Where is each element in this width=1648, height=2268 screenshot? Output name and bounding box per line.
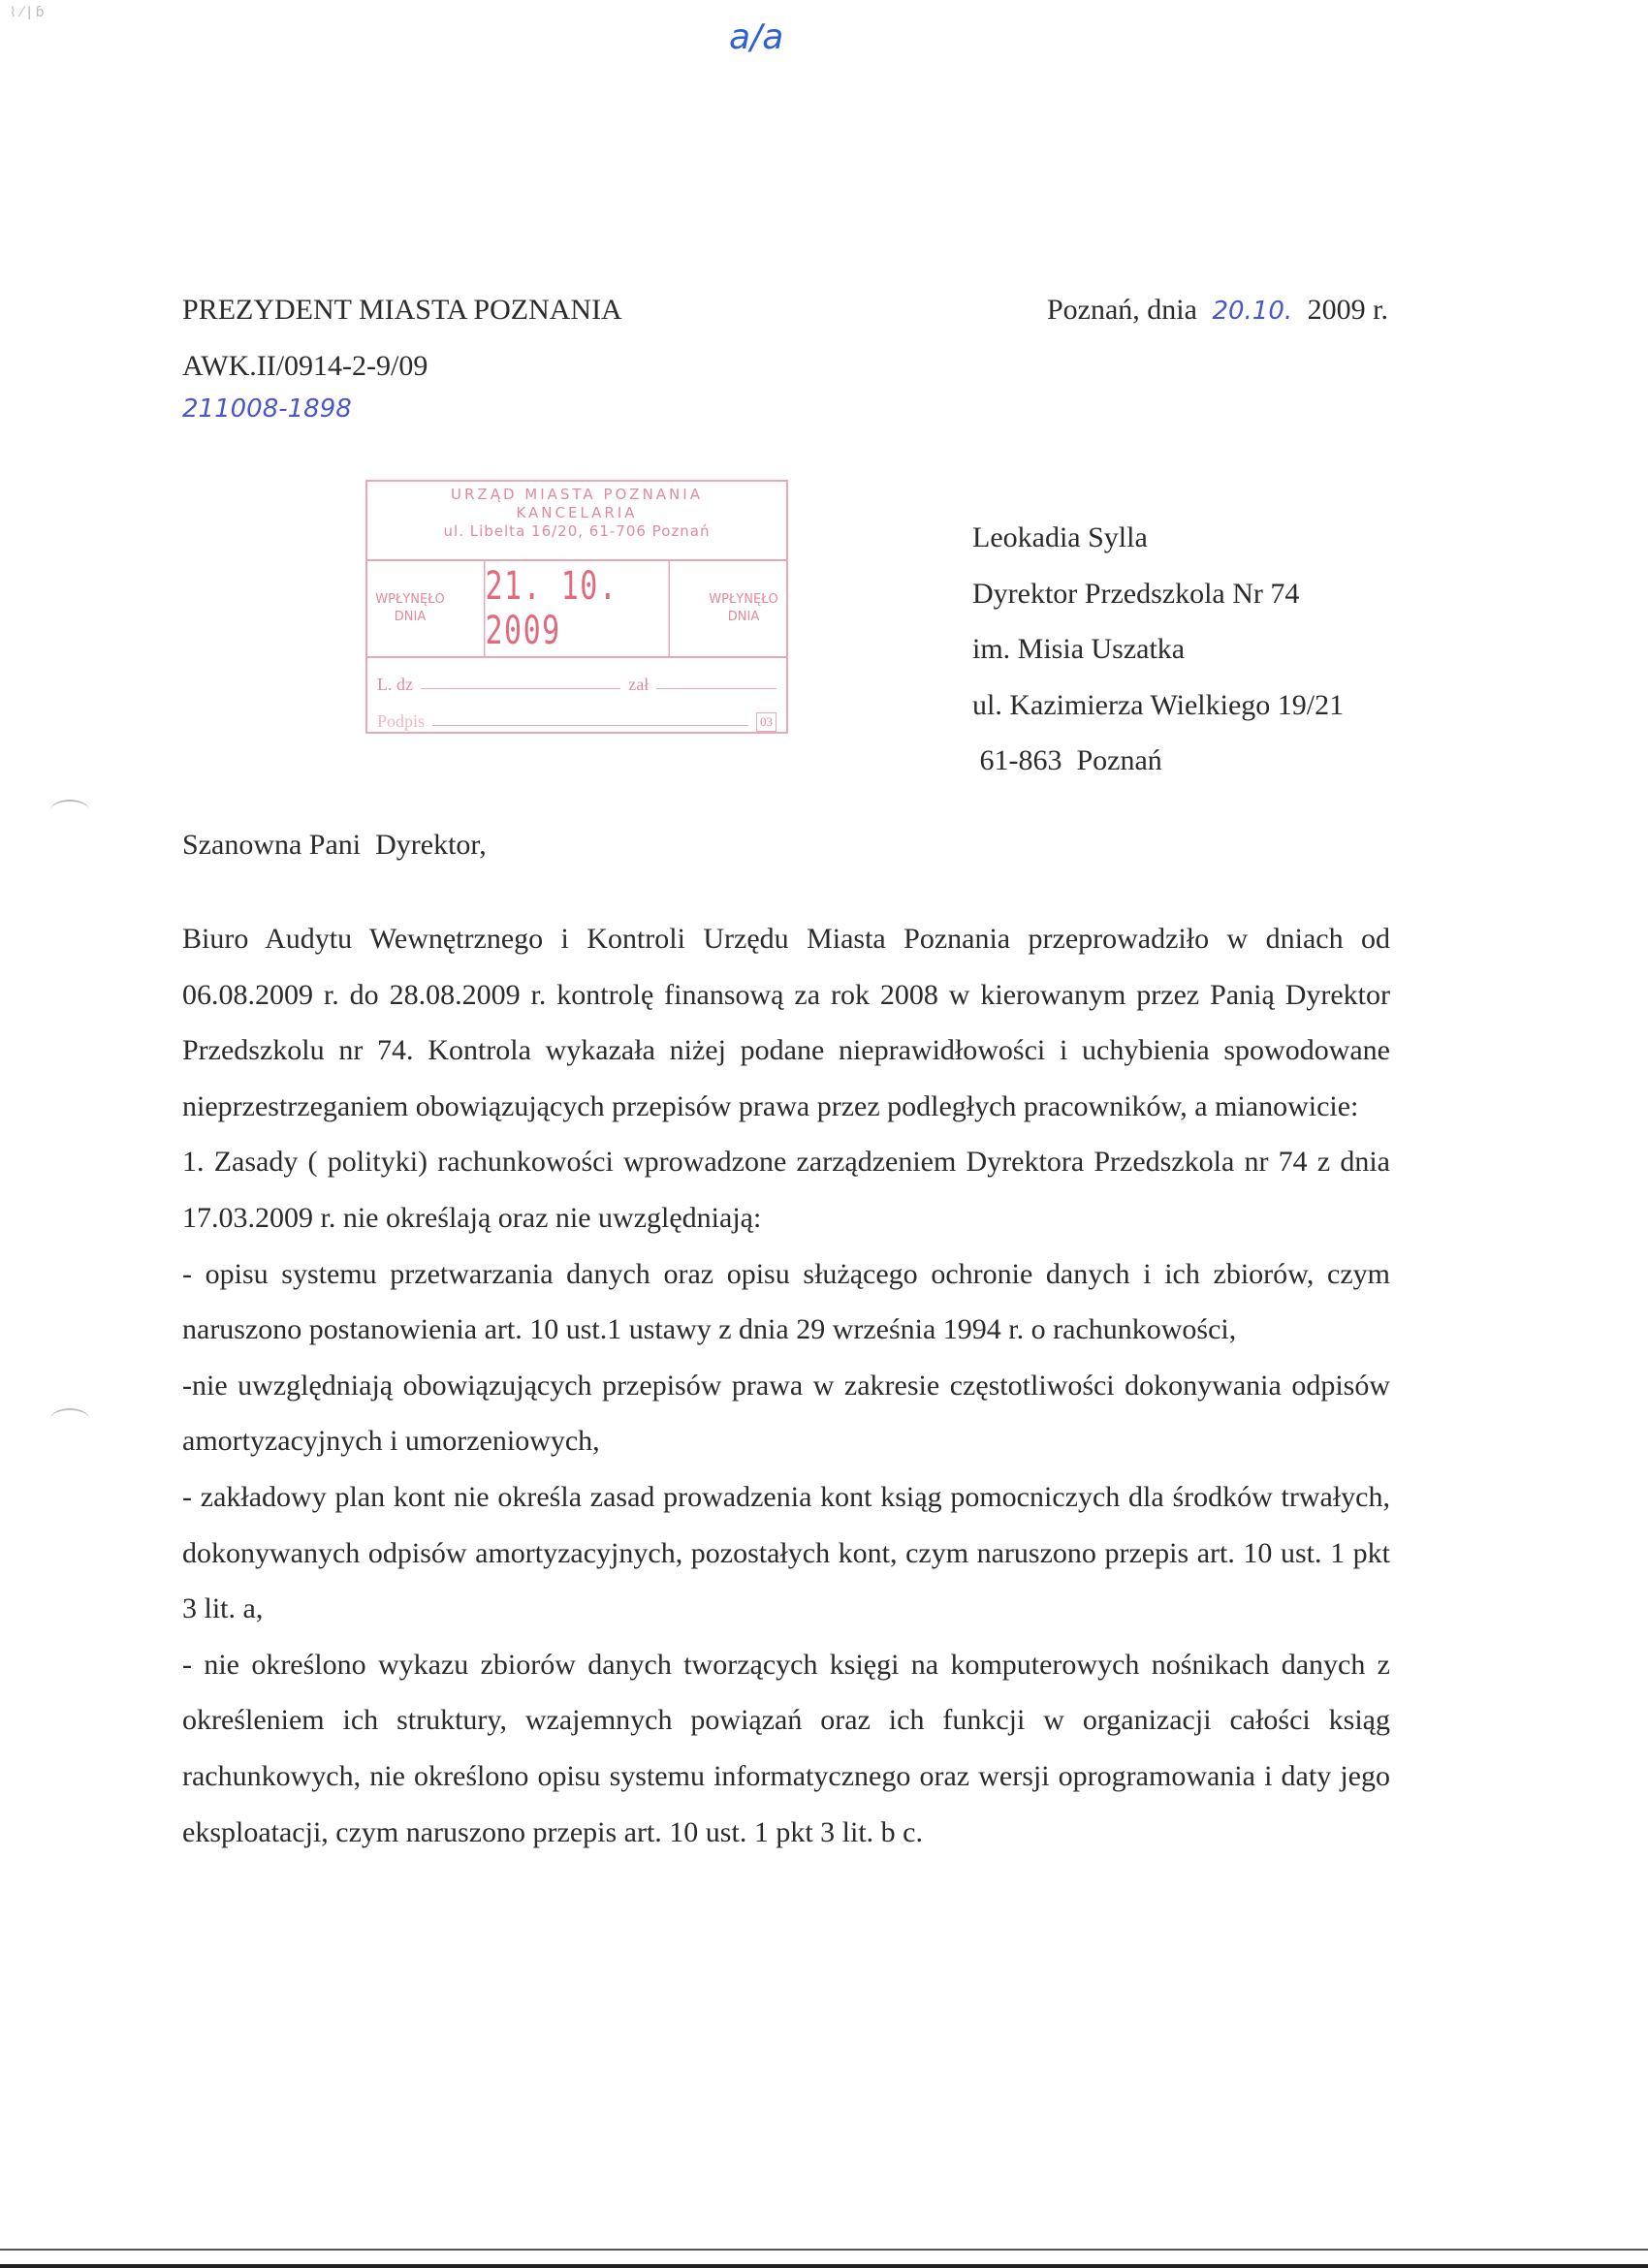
recipient-address: Leokadia Sylla Dyrektor Przedszkola Nr 7…	[972, 521, 1344, 801]
scan-edge-line	[0, 2249, 1648, 2251]
stamp-sign-row: Podpis 03	[367, 695, 786, 732]
scan-margin-mark	[50, 800, 89, 821]
stamp-ldz-label: L. dz	[377, 675, 413, 695]
date-suffix: 2009 r.	[1308, 294, 1388, 326]
letter-body: Biuro Audytu Wewnętrznego i Kontroli Urz…	[182, 911, 1390, 1860]
stamp-address: ul. Libelta 16/20, 61-706 Poznań	[367, 522, 786, 541]
date-handwritten: 20.10.	[1212, 297, 1292, 326]
stamp-code-box: 03	[756, 712, 776, 732]
stamp-received-label-left: WPŁYNĘŁODNIA	[367, 561, 453, 656]
stamp-department: KANCELARIA	[367, 504, 786, 522]
recipient-institution: im. Misia Uszatka	[972, 633, 1344, 689]
stamp-ldz-row: L. dz zał	[367, 658, 786, 695]
paragraph-point-1: 1. Zasady ( polityki) rachunkowości wpro…	[182, 1134, 1390, 1245]
stamp-sign-label: Podpis	[377, 711, 425, 732]
recipient-name: Leokadia Sylla	[972, 521, 1344, 578]
stamp-zal-label: zał	[628, 675, 649, 695]
stamp-office: URZĄD MIASTA POZNANIA	[367, 486, 786, 504]
paragraph-finding-3: - zakładowy plan kont nie określa zasad …	[182, 1469, 1390, 1637]
sender-heading: PREZYDENT MIASTA POZNANIA	[182, 296, 622, 325]
paragraph-intro: Biuro Audytu Wewnętrznego i Kontroli Urz…	[182, 911, 1390, 1134]
recipient-street: ul. Kazimierza Wielkiego 19/21	[972, 689, 1344, 745]
letter-date: Poznań, dnia 20.10. 2009 r.	[1047, 296, 1388, 325]
stamp-header: URZĄD MIASTA POZNANIA KANCELARIA ul. Lib…	[367, 482, 786, 561]
scan-margin-mark	[50, 1408, 89, 1430]
paragraph-finding-1: - opisu systemu przetwarzania danych ora…	[182, 1246, 1390, 1358]
registry-stamp: URZĄD MIASTA POZNANIA KANCELARIA ul. Lib…	[365, 480, 788, 734]
handwritten-reference: 211008-1898	[182, 394, 352, 424]
stamp-received-date: 21. 10. 2009	[484, 561, 670, 656]
reference-number: AWK.II/0914-2-9/09	[182, 352, 428, 381]
paragraph-finding-4: - nie określono wykazu zbiorów danych tw…	[182, 1637, 1390, 1860]
stamp-received-label-right: WPŁYNĘŁODNIA	[701, 561, 786, 656]
greeting: Szanowna Pani Dyrektor,	[182, 831, 487, 860]
handwritten-note: a/a	[729, 17, 783, 57]
scan-bottom-edge	[0, 2264, 1648, 2268]
recipient-city: 61-863 Poznań	[972, 744, 1344, 801]
paragraph-finding-2: -nie uwzględniają obowiązujących przepis…	[182, 1358, 1390, 1469]
margin-scribbles: ⌇ ⁄ ǀ ɓ	[10, 5, 97, 141]
recipient-title: Dyrektor Przedszkola Nr 74	[972, 578, 1344, 634]
stamp-date-row: WPŁYNĘŁODNIA 21. 10. 2009 WPŁYNĘŁODNIA	[367, 561, 786, 658]
date-prefix: Poznań, dnia	[1047, 294, 1197, 326]
